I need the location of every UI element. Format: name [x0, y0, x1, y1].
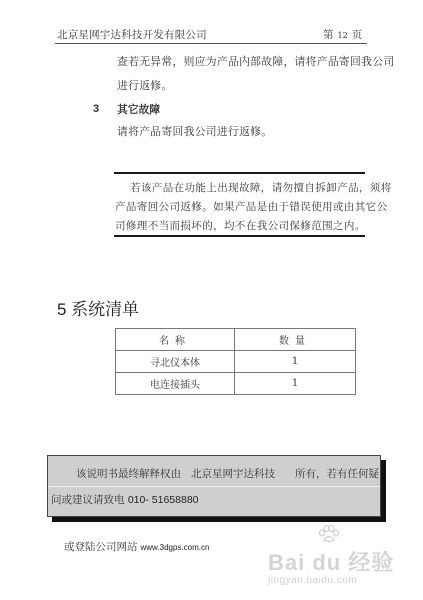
baidu-watermark: Bai du 经验 jingyan.baidu.com: [268, 546, 394, 586]
warning-line-2: 产品寄回公司返修。如果产品是由于错误使用或由其它公: [115, 199, 388, 214]
column-header-name: 名称: [116, 329, 235, 351]
notice-text-c: 所有，若有任何疑: [295, 468, 379, 480]
notice-line-2: 问或建议请致电 010- 51658880: [51, 492, 199, 507]
table-row: 寻北仪本体 1: [116, 351, 356, 373]
column-header-qty: 数量: [235, 329, 356, 351]
cell-qty: 1: [235, 373, 356, 395]
notice-line-1: 该说明书最终解释权由 北京星网宇达科技 所有，若有任何疑: [76, 466, 379, 481]
page-number: 12: [338, 31, 348, 40]
warning-top-rule: [114, 172, 365, 174]
cell-qty: 1: [235, 351, 356, 373]
baidu-paw-icon: [318, 525, 340, 543]
system-list-table: 名称 数量 寻北仪本体 1 电连接插头 1: [115, 328, 356, 395]
section-text: 请将产品寄回我公司进行返修。: [117, 124, 272, 139]
website-url: www.3dgps.com.cn: [141, 543, 210, 552]
warning-line-3: 司修理不当而损坏的，均不在我公司保修范围之内。: [115, 218, 366, 233]
table-header-row: 名称 数量: [116, 329, 356, 351]
notice-text-a: 该说明书最终解释权由: [76, 468, 181, 480]
paragraph-2: 进行返修。: [117, 78, 172, 93]
warning-line-1: 若该产品在功能上出现故障，请勿擅自拆卸产品，须将: [130, 180, 392, 195]
warning-bottom-rule: [114, 235, 365, 237]
header-rule: [55, 43, 367, 44]
paragraph-1: 查若无异常，则应为产品内部故障，请将产品寄回我公司: [117, 54, 394, 69]
page-suffix: 页: [352, 29, 363, 41]
notice-text-2: 问或建议请致电: [51, 494, 125, 506]
footer-website: 或登陆公司网站www.3dgps.com.cn: [64, 539, 209, 554]
section-number: 3: [93, 103, 99, 115]
watermark-logo: Bai du 经验: [268, 546, 394, 577]
website-label: 或登陆公司网站: [64, 541, 138, 553]
page-prefix: 第: [323, 29, 334, 41]
header-page-number: 第12页: [323, 27, 362, 42]
notice-box: 该说明书最终解释权由 北京星网宇达科技 所有，若有任何疑 问或建议请致电 010…: [47, 455, 381, 517]
notice-phone: 010- 51658880: [128, 494, 199, 506]
header-company: 北京星网宇达科技开发有限公司: [57, 27, 207, 42]
notice-divider: [48, 486, 380, 487]
notice-company: 北京星网宇达科技: [191, 468, 275, 480]
section-title: 其它故障: [117, 102, 160, 117]
cell-name: 寻北仪本体: [116, 351, 235, 373]
cell-name: 电连接插头: [116, 373, 235, 395]
system-list-heading: 5 系统清单: [57, 295, 139, 320]
table-row: 电连接插头 1: [116, 373, 356, 395]
